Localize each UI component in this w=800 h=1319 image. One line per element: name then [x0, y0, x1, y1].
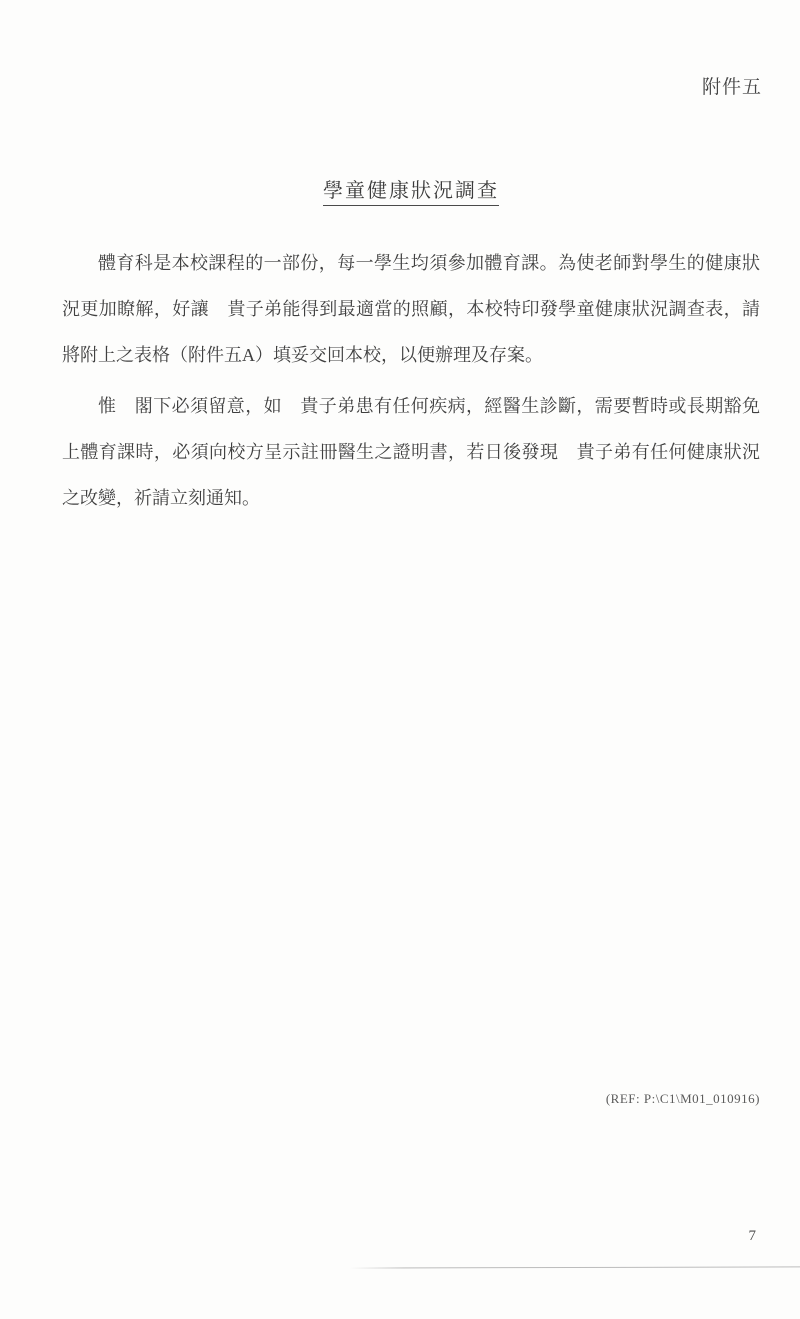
document-title: 學童健康狀況調查: [323, 174, 499, 206]
body-line: 況更加瞭解，好讓 貴子弟能得到最適當的照顧，本校特印發學童健康狀況調查表，請: [62, 286, 760, 332]
body-line: 將附上之表格（附件五A）填妥交回本校，以便辦理及存案。: [62, 332, 760, 378]
body-line: 上體育課時，必須向校方呈示註冊醫生之證明書，若日後發現 貴子弟有任何健康狀況: [62, 429, 760, 475]
body-line: 惟 閣下必須留意，如 貴子弟患有任何疾病，經醫生診斷，需要暫時或長期豁免: [62, 383, 760, 429]
page-number: 7: [749, 1228, 757, 1245]
paragraph-2: 惟 閣下必須留意，如 貴子弟患有任何疾病，經醫生診斷，需要暫時或長期豁免 上體育…: [62, 383, 760, 521]
footer-divider-line: [350, 1266, 800, 1268]
body-line: 之改變，祈請立刻通知。: [62, 475, 760, 521]
body-line: 體育科是本校課程的一部份，每一學生均須參加體育課。為使老師對學生的健康狀: [62, 240, 760, 286]
paragraph-1: 體育科是本校課程的一部份，每一學生均須參加體育課。為使老師對學生的健康狀 況更加…: [62, 240, 760, 378]
document-body: 體育科是本校課程的一部份，每一學生均須參加體育課。為使老師對學生的健康狀 況更加…: [62, 240, 760, 521]
reference-code: (REF: P:\C1\M01_010916): [606, 1091, 760, 1107]
document-page: 附件五 學童健康狀況調查 體育科是本校課程的一部份，每一學生均須參加體育課。為使…: [0, 0, 800, 1319]
attachment-label: 附件五: [702, 72, 762, 99]
title-row: 學童健康狀況調查: [62, 174, 760, 206]
